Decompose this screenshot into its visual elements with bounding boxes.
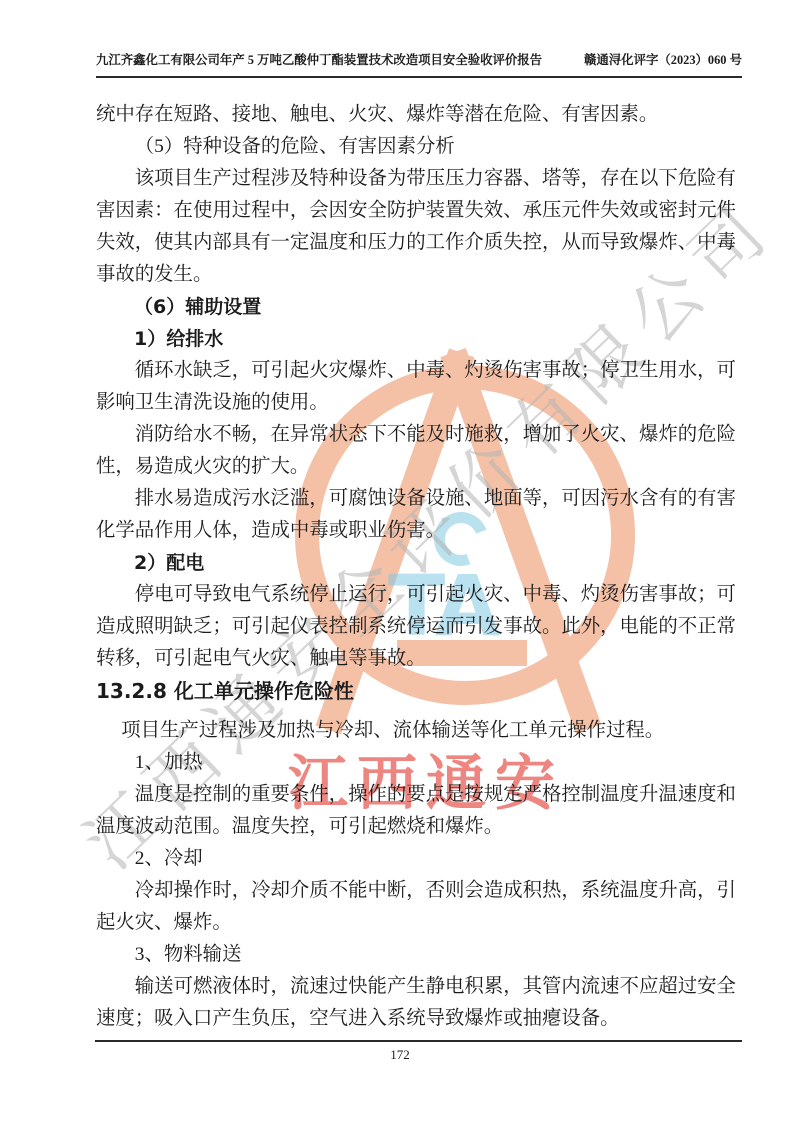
text-line: 输送可燃液体时，流速过快能产生静电积累，其管内流速不应超过安全 — [96, 971, 746, 1003]
text-line: 失效，使其内部具有一定温度和压力的工作介质失控，从而导致爆炸、中毒 — [96, 227, 746, 259]
body-text: 统中存在短路、接地、触电、火灾、爆炸等潜在危险、有害因素。（5）特种设备的危险、… — [96, 99, 746, 1035]
text-line: 害因素：在使用过程中，会因安全防护装置失效、承压元件失效或密封元件 — [96, 195, 746, 227]
text-line: 2）配电 — [96, 547, 746, 579]
text-line: 转移，可引起电气火灾、触电等事故。 — [96, 643, 746, 675]
header-report-title: 九江齐鑫化工有限公司年产 5 万吨乙酸仲丁酯装置技术改造项目安全验收评价报告 — [96, 50, 542, 68]
page-header: 九江齐鑫化工有限公司年产 5 万吨乙酸仲丁酯装置技术改造项目安全验收评价报告 赣… — [96, 50, 742, 78]
content-layer: 九江齐鑫化工有限公司年产 5 万吨乙酸仲丁酯装置技术改造项目安全验收评价报告 赣… — [0, 0, 800, 1131]
text-line: 速度；吸入口产生负压，空气进入系统导致爆炸或抽瘪设备。 — [96, 1003, 746, 1035]
document-page: TA 江西通安全评价有限公司 江西通安 九江齐鑫化工有限公司年产 5 万吨乙酸仲… — [0, 0, 800, 1131]
text-line: 影响卫生清洗设施的使用。 — [96, 387, 746, 419]
text-line: 事故的发生。 — [96, 259, 746, 291]
text-line: 冷却操作时，冷却介质不能中断，否则会造成积热，系统温度升高，引 — [96, 875, 746, 907]
text-line: 温度波动范围。温度失控，可引起燃烧和爆炸。 — [96, 811, 746, 843]
text-line: 排水易造成污水泛滥，可腐蚀设备设施、地面等，可因污水含有的有害 — [96, 483, 746, 515]
text-line: 项目生产过程涉及加热与冷却、流体输送等化工单元操作过程。 — [96, 715, 746, 747]
text-line: 1）给排水 — [96, 323, 746, 355]
text-line: 化学品作用人体，造成中毒或职业伤害。 — [96, 515, 746, 547]
text-line: 统中存在短路、接地、触电、火灾、爆炸等潜在危险、有害因素。 — [96, 99, 746, 131]
text-line: 起火灾、爆炸。 — [96, 907, 746, 939]
section-heading: 13.2.8 化工单元操作危险性 — [96, 675, 746, 707]
text-line: （6）辅助设置 — [96, 291, 746, 323]
page-number: 172 — [0, 1047, 800, 1063]
footer-divider — [95, 1040, 742, 1042]
text-line: 停电可导致电气系统停止运行，可引起火灾、中毒、灼烫伤害事故；可 — [96, 579, 746, 611]
header-doc-number: 赣通浔化评字（2023）060 号 — [584, 50, 742, 68]
text-line: 3、物料输送 — [96, 939, 746, 971]
text-line: 造成照明缺乏；可引起仪表控制系统停运而引发事故。此外，电能的不正常 — [96, 611, 746, 643]
text-line: 消防给水不畅，在异常状态下不能及时施救，增加了火灾、爆炸的危险 — [96, 419, 746, 451]
text-line: 该项目生产过程涉及特种设备为带压压力容器、塔等，存在以下危险有 — [96, 163, 746, 195]
text-line: 1、加热 — [96, 747, 746, 779]
text-line: 性，易造成火灾的扩大。 — [96, 451, 746, 483]
text-line: 循环水缺乏，可引起火灾爆炸、中毒、灼烫伤害事故；停卫生用水，可 — [96, 355, 746, 387]
text-line: 2、冷却 — [96, 843, 746, 875]
text-line: （5）特种设备的危险、有害因素分析 — [96, 131, 746, 163]
text-line: 温度是控制的重要条件，操作的要点是按规定严格控制温度升温速度和 — [96, 779, 746, 811]
